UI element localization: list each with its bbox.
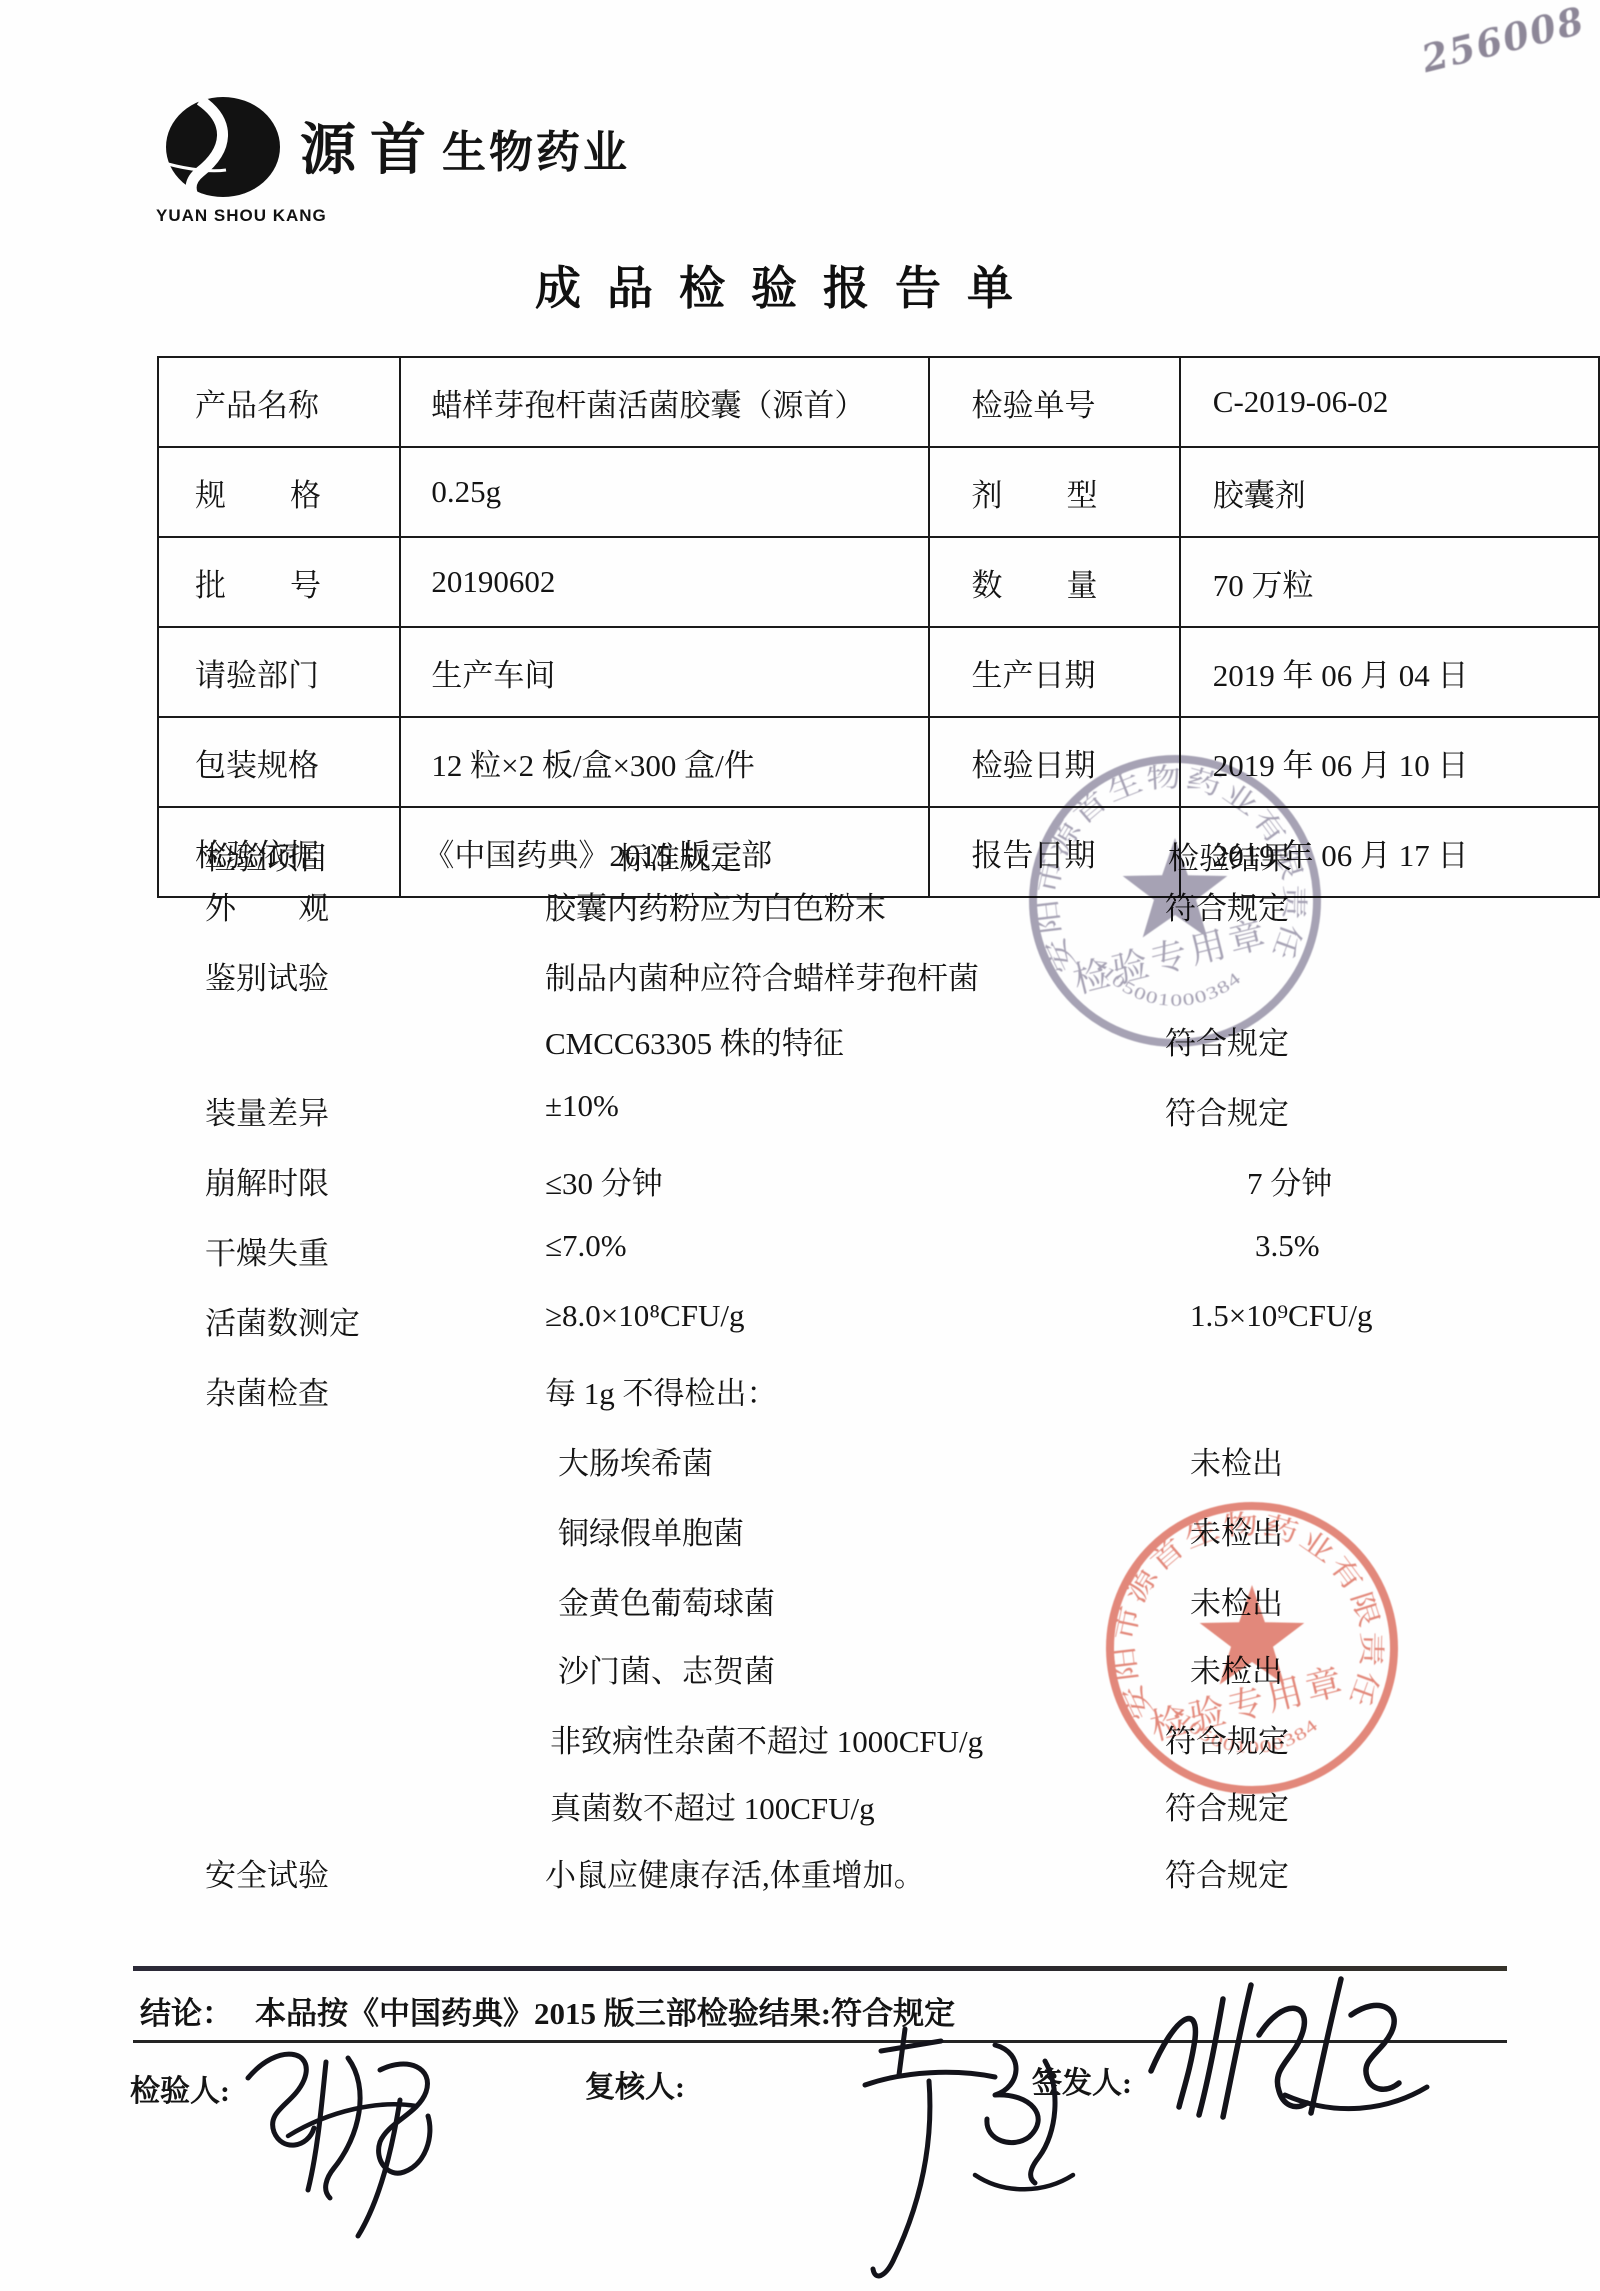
logo-company-name-en: YUAN SHOU KANG bbox=[156, 206, 327, 226]
report-page: 256008 源首 生物药业 YUAN SHOU KANG 成品检验报告单 产品… bbox=[0, 0, 1600, 2291]
test-standard: ≤30 分钟 bbox=[545, 1158, 663, 1203]
test-result: 符合规定 bbox=[1165, 1088, 1289, 1133]
result-row: 鉴别试验 制品内菌种应符合蜡样芽孢杆菌 bbox=[0, 953, 1600, 997]
test-item: 安全试验 bbox=[205, 1850, 329, 1895]
test-result: 未检出 bbox=[1190, 1646, 1283, 1691]
test-standard: 金黄色葡萄球菌 bbox=[558, 1578, 775, 1623]
result-row: 外观 胶囊内药粉应为白色粉末 符合规定 bbox=[0, 883, 1600, 927]
test-standard: 每 1g 不得检出： bbox=[545, 1368, 778, 1413]
label-product-name: 产品名称 bbox=[158, 357, 400, 447]
value-spec: 0.25g bbox=[400, 447, 928, 537]
test-standard: 沙门菌、志贺菌 bbox=[558, 1646, 775, 1691]
divider bbox=[133, 1966, 1507, 1971]
inspector-label: 检验人: bbox=[130, 2066, 230, 2110]
test-result: 3.5% bbox=[1255, 1228, 1320, 1264]
conclusion-line: 结论：本品按《中国药典》2015 版三部检验结果:符合规定 bbox=[140, 1988, 955, 2033]
header-test-item: 检验项目 bbox=[205, 833, 329, 878]
logo-company-name: 生物药业 bbox=[442, 116, 630, 180]
test-item: 干燥失重 bbox=[205, 1228, 329, 1273]
inspector-signature bbox=[230, 2040, 460, 2240]
value-inspection-date: 2019 年 06 月 10 日 bbox=[1180, 717, 1599, 807]
result-row: 大肠埃希菌 未检出 bbox=[0, 1438, 1600, 1482]
conclusion-text: 本品按《中国药典》2015 版三部检验结果:符合规定 bbox=[255, 1996, 955, 2031]
value-report-no: C-2019-06-02 bbox=[1180, 357, 1599, 447]
label-spec: 规格 bbox=[158, 447, 400, 537]
test-result: 符合规定 bbox=[1165, 883, 1289, 928]
test-result: 未检出 bbox=[1190, 1438, 1283, 1483]
reviewer-label: 复核人: bbox=[585, 2062, 685, 2106]
test-standard: 铜绿假单胞菌 bbox=[558, 1508, 744, 1553]
test-result: 1.5×10⁹CFU/g bbox=[1190, 1298, 1372, 1334]
value-quantity: 70 万粒 bbox=[1180, 537, 1599, 627]
header-result: 检验结果 bbox=[1168, 833, 1292, 878]
test-standard: 非致病性杂菌不超过 1000CFU/g bbox=[550, 1716, 983, 1761]
test-item: 崩解时限 bbox=[205, 1158, 329, 1203]
label-inspection-date: 检验日期 bbox=[929, 717, 1180, 807]
result-row: 装量差异 ±10% 符合规定 bbox=[0, 1088, 1600, 1132]
test-standard: 真菌数不超过 100CFU/g bbox=[550, 1783, 875, 1828]
label-package-spec: 包装规格 bbox=[158, 717, 400, 807]
value-product-name: 蜡样芽孢杆菌活菌胶囊（源首） bbox=[400, 357, 928, 447]
result-row: 金黄色葡萄球菌 未检出 bbox=[0, 1578, 1600, 1622]
test-standard: ±10% bbox=[545, 1088, 619, 1124]
label-dosage-form: 剂型 bbox=[929, 447, 1180, 537]
test-item: 鉴别试验 bbox=[205, 953, 329, 998]
test-standard: 制品内菌种应符合蜡样芽孢杆菌 bbox=[545, 953, 979, 998]
page-title: 成品检验报告单 bbox=[0, 252, 1600, 318]
result-row: 真菌数不超过 100CFU/g 符合规定 bbox=[0, 1783, 1600, 1827]
company-logo-icon bbox=[160, 92, 290, 212]
test-standard: CMCC63305 株的特征 bbox=[545, 1018, 844, 1063]
results-header: 检验项目 标准规定 检验结果 bbox=[0, 833, 1600, 873]
test-result: 符合规定 bbox=[1165, 1018, 1289, 1063]
label-quantity: 数量 bbox=[929, 537, 1180, 627]
logo-company-name-script: 源首 bbox=[300, 106, 440, 186]
label-report-no: 检验单号 bbox=[929, 357, 1180, 447]
result-row: 干燥失重 ≤7.0% 3.5% bbox=[0, 1228, 1600, 1272]
header-standard: 标准规定 bbox=[618, 833, 742, 878]
test-result: 未检出 bbox=[1190, 1508, 1283, 1553]
test-result: 7 分钟 bbox=[1247, 1158, 1332, 1203]
value-production-date: 2019 年 06 月 04 日 bbox=[1180, 627, 1599, 717]
test-standard: 大肠埃希菌 bbox=[558, 1438, 713, 1483]
test-standard: 胶囊内药粉应为白色粉末 bbox=[545, 883, 886, 928]
conclusion-label: 结论： bbox=[140, 1996, 233, 2031]
label-production-date: 生产日期 bbox=[929, 627, 1180, 717]
table-row: 包装规格 12 粒×2 板/盒×300 盒/件 检验日期 2019 年 06 月… bbox=[158, 717, 1599, 807]
divider bbox=[133, 2040, 1507, 2043]
handwritten-number: 256008 bbox=[1417, 0, 1600, 81]
issuer-label: 签发人: bbox=[1032, 2058, 1132, 2102]
result-row: 沙门菌、志贺菌 未检出 bbox=[0, 1646, 1600, 1690]
result-row: 活菌数测定 ≥8.0×10⁸CFU/g 1.5×10⁹CFU/g bbox=[0, 1298, 1600, 1342]
test-item: 杂菌检查 bbox=[205, 1368, 329, 1413]
result-row: 崩解时限 ≤30 分钟 7 分钟 bbox=[0, 1158, 1600, 1202]
label-request-dept: 请验部门 bbox=[158, 627, 400, 717]
result-row: 非致病性杂菌不超过 1000CFU/g 符合规定 bbox=[0, 1716, 1600, 1760]
issuer-signature bbox=[1135, 1975, 1435, 2135]
result-row: 铜绿假单胞菌 未检出 bbox=[0, 1508, 1600, 1552]
result-row: 杂菌检查 每 1g 不得检出： bbox=[0, 1368, 1600, 1412]
test-standard: ≥8.0×10⁸CFU/g bbox=[545, 1298, 744, 1334]
test-result: 符合规定 bbox=[1165, 1783, 1289, 1828]
test-standard: ≤7.0% bbox=[545, 1228, 627, 1264]
test-item: 活菌数测定 bbox=[205, 1298, 360, 1343]
test-item: 外观 bbox=[205, 883, 391, 928]
product-info-table: 产品名称 蜡样芽孢杆菌活菌胶囊（源首） 检验单号 C-2019-06-02 规格… bbox=[157, 356, 1600, 898]
test-result: 符合规定 bbox=[1165, 1850, 1289, 1895]
label-batch-no: 批号 bbox=[158, 537, 400, 627]
result-row: 安全试验 小鼠应健康存活,体重增加。 符合规定 bbox=[0, 1850, 1600, 1894]
test-item: 装量差异 bbox=[205, 1088, 329, 1133]
table-row: 请验部门 生产车间 生产日期 2019 年 06 月 04 日 bbox=[158, 627, 1599, 717]
table-row: 产品名称 蜡样芽孢杆菌活菌胶囊（源首） 检验单号 C-2019-06-02 bbox=[158, 357, 1599, 447]
test-result: 符合规定 bbox=[1165, 1716, 1289, 1761]
test-standard: 小鼠应健康存活,体重增加。 bbox=[545, 1850, 925, 1895]
result-row: CMCC63305 株的特征 符合规定 bbox=[0, 1018, 1600, 1062]
test-result: 未检出 bbox=[1190, 1578, 1283, 1623]
value-dosage-form: 胶囊剂 bbox=[1180, 447, 1599, 537]
table-row: 批号 20190602 数量 70 万粒 bbox=[158, 537, 1599, 627]
table-row: 规格 0.25g 剂型 胶囊剂 bbox=[158, 447, 1599, 537]
value-package-spec: 12 粒×2 板/盒×300 盒/件 bbox=[400, 717, 928, 807]
value-batch-no: 20190602 bbox=[400, 537, 928, 627]
value-request-dept: 生产车间 bbox=[400, 627, 928, 717]
